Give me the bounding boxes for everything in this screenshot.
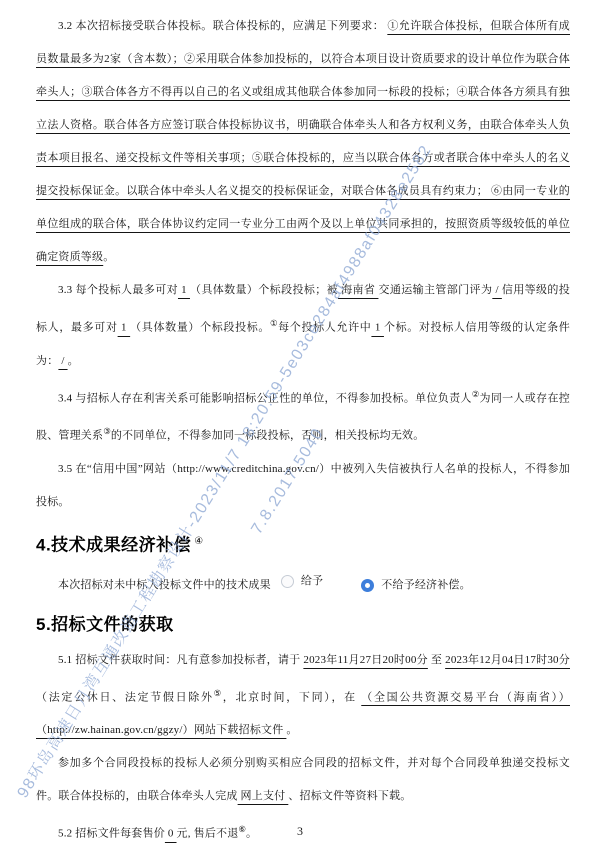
radio-dot — [365, 583, 370, 588]
text-run: 3.4 与招标人存在利害关系可能影响招标公正性的单位，不得参加投标。单位负责人 — [58, 392, 472, 404]
compensation-prefix: 本次招标对未中标人投标文件中的技术成果 — [58, 579, 271, 591]
text-run: 交通运输主管部门评为 — [378, 284, 492, 296]
footnote-ref-4: ④ — [194, 536, 203, 547]
text-run: 每个投标人允许中 — [278, 322, 371, 334]
text-run: 的不同单位，不得参加同一标段投标，否则，相关投标均无效。 — [111, 430, 425, 442]
radio-no-compensation-label: 不给予经济补偿。 — [381, 569, 471, 602]
text-run: （具体数量）个标段投标；被 — [190, 284, 338, 296]
text-run: 3.2 本次招标接受联合体投标。联合体投标的，应满足下列要求： — [58, 20, 387, 32]
section-4-heading: 4.技术成果经济补偿④ — [36, 523, 570, 565]
section-5-heading: 5.招标文件的获取 — [36, 606, 570, 644]
radio-selected-icon[interactable] — [361, 579, 374, 592]
page-number: 3 — [0, 824, 600, 839]
clause-5-1-note: 参加多个合同段投标的投标人必须分别购买相应合同段的招标文件，并对每个合同段单独递… — [36, 747, 570, 813]
fill-in-blank: 2023年11月27日20时00分 — [303, 654, 428, 666]
fill-in-blank: 1 — [118, 322, 131, 334]
text-run: （具体数量）个标段投标。 — [130, 322, 270, 334]
text-run: （法定公休日、法定节假日除外 — [36, 691, 214, 703]
fill-in-blank: 网上支付 — [238, 790, 289, 802]
section-4-title: 4.技术成果经济补偿 — [36, 536, 191, 555]
text-run: 。 — [103, 251, 114, 263]
text-run: 。 — [68, 355, 79, 367]
footnote-ref: ⑤ — [214, 688, 223, 698]
clause-3-3: 3.3 每个投标人最多可对 1 （具体数量）个标段投标；被 海南省 交通运输主管… — [36, 274, 570, 378]
text-run: 3.3 每个投标人最多可对 — [58, 284, 178, 296]
clause-3-5: 3.5 在“信用中国”网站（http://www.creditchina.gov… — [36, 453, 570, 519]
text-run: 。 — [286, 724, 297, 736]
text-run: 、招标文件等资料下载。 — [288, 790, 411, 802]
text-run: ，北京时间，下同），在 — [223, 691, 362, 703]
footnote-ref: ② — [472, 389, 480, 399]
document-page: 3.2 本次招标接受联合体投标。联合体投标的，应满足下列要求： ①允许联合体投标… — [0, 0, 600, 849]
radio-option-give[interactable]: 给予 — [281, 565, 323, 598]
fill-in-blank: ①允许联合体投标，但联合体所有成员数量最多为2家（含本数）；②采用联合体参加投标… — [36, 20, 570, 263]
footnote-ref: ① — [270, 318, 278, 328]
clause-5-1: 5.1 招标文件获取时间：凡有意参加投标者，请于 2023年11月27日20时0… — [36, 644, 570, 748]
clause-3-4: 3.4 与招标人存在利害关系可能影响招标公正性的单位，不得参加投标。单位负责人②… — [36, 378, 570, 453]
radio-option-no-compensation[interactable]: 不给予经济补偿。 — [361, 569, 471, 602]
document-content: 3.2 本次招标接受联合体投标。联合体投标的，应满足下列要求： ①允许联合体投标… — [36, 10, 570, 849]
fill-in-blank: 2023年12月04日17时30分 — [445, 654, 570, 666]
clause-3-2: 3.2 本次招标接受联合体投标。联合体投标的，应满足下列要求： ①允许联合体投标… — [36, 10, 570, 274]
footnote-ref: ③ — [103, 426, 111, 436]
fill-in-blank: / — [492, 284, 502, 296]
fill-in-blank: 海南省 — [338, 284, 378, 296]
fill-in-blank: 1 — [178, 284, 190, 296]
text-run: 至 — [428, 654, 445, 666]
text-run: 3.5 在“信用中国”网站（http://www.creditchina.gov… — [36, 463, 570, 508]
fill-in-blank: 1 — [371, 322, 384, 334]
fill-in-blank: / — [58, 355, 67, 367]
text-run: 5.1 招标文件获取时间：凡有意参加投标者，请于 — [58, 654, 303, 666]
radio-unselected-icon[interactable] — [281, 575, 294, 588]
radio-give-label: 给予 — [301, 565, 323, 598]
compensation-choice-row: 本次招标对未中标人投标文件中的技术成果给予不给予经济补偿。 — [36, 565, 570, 602]
